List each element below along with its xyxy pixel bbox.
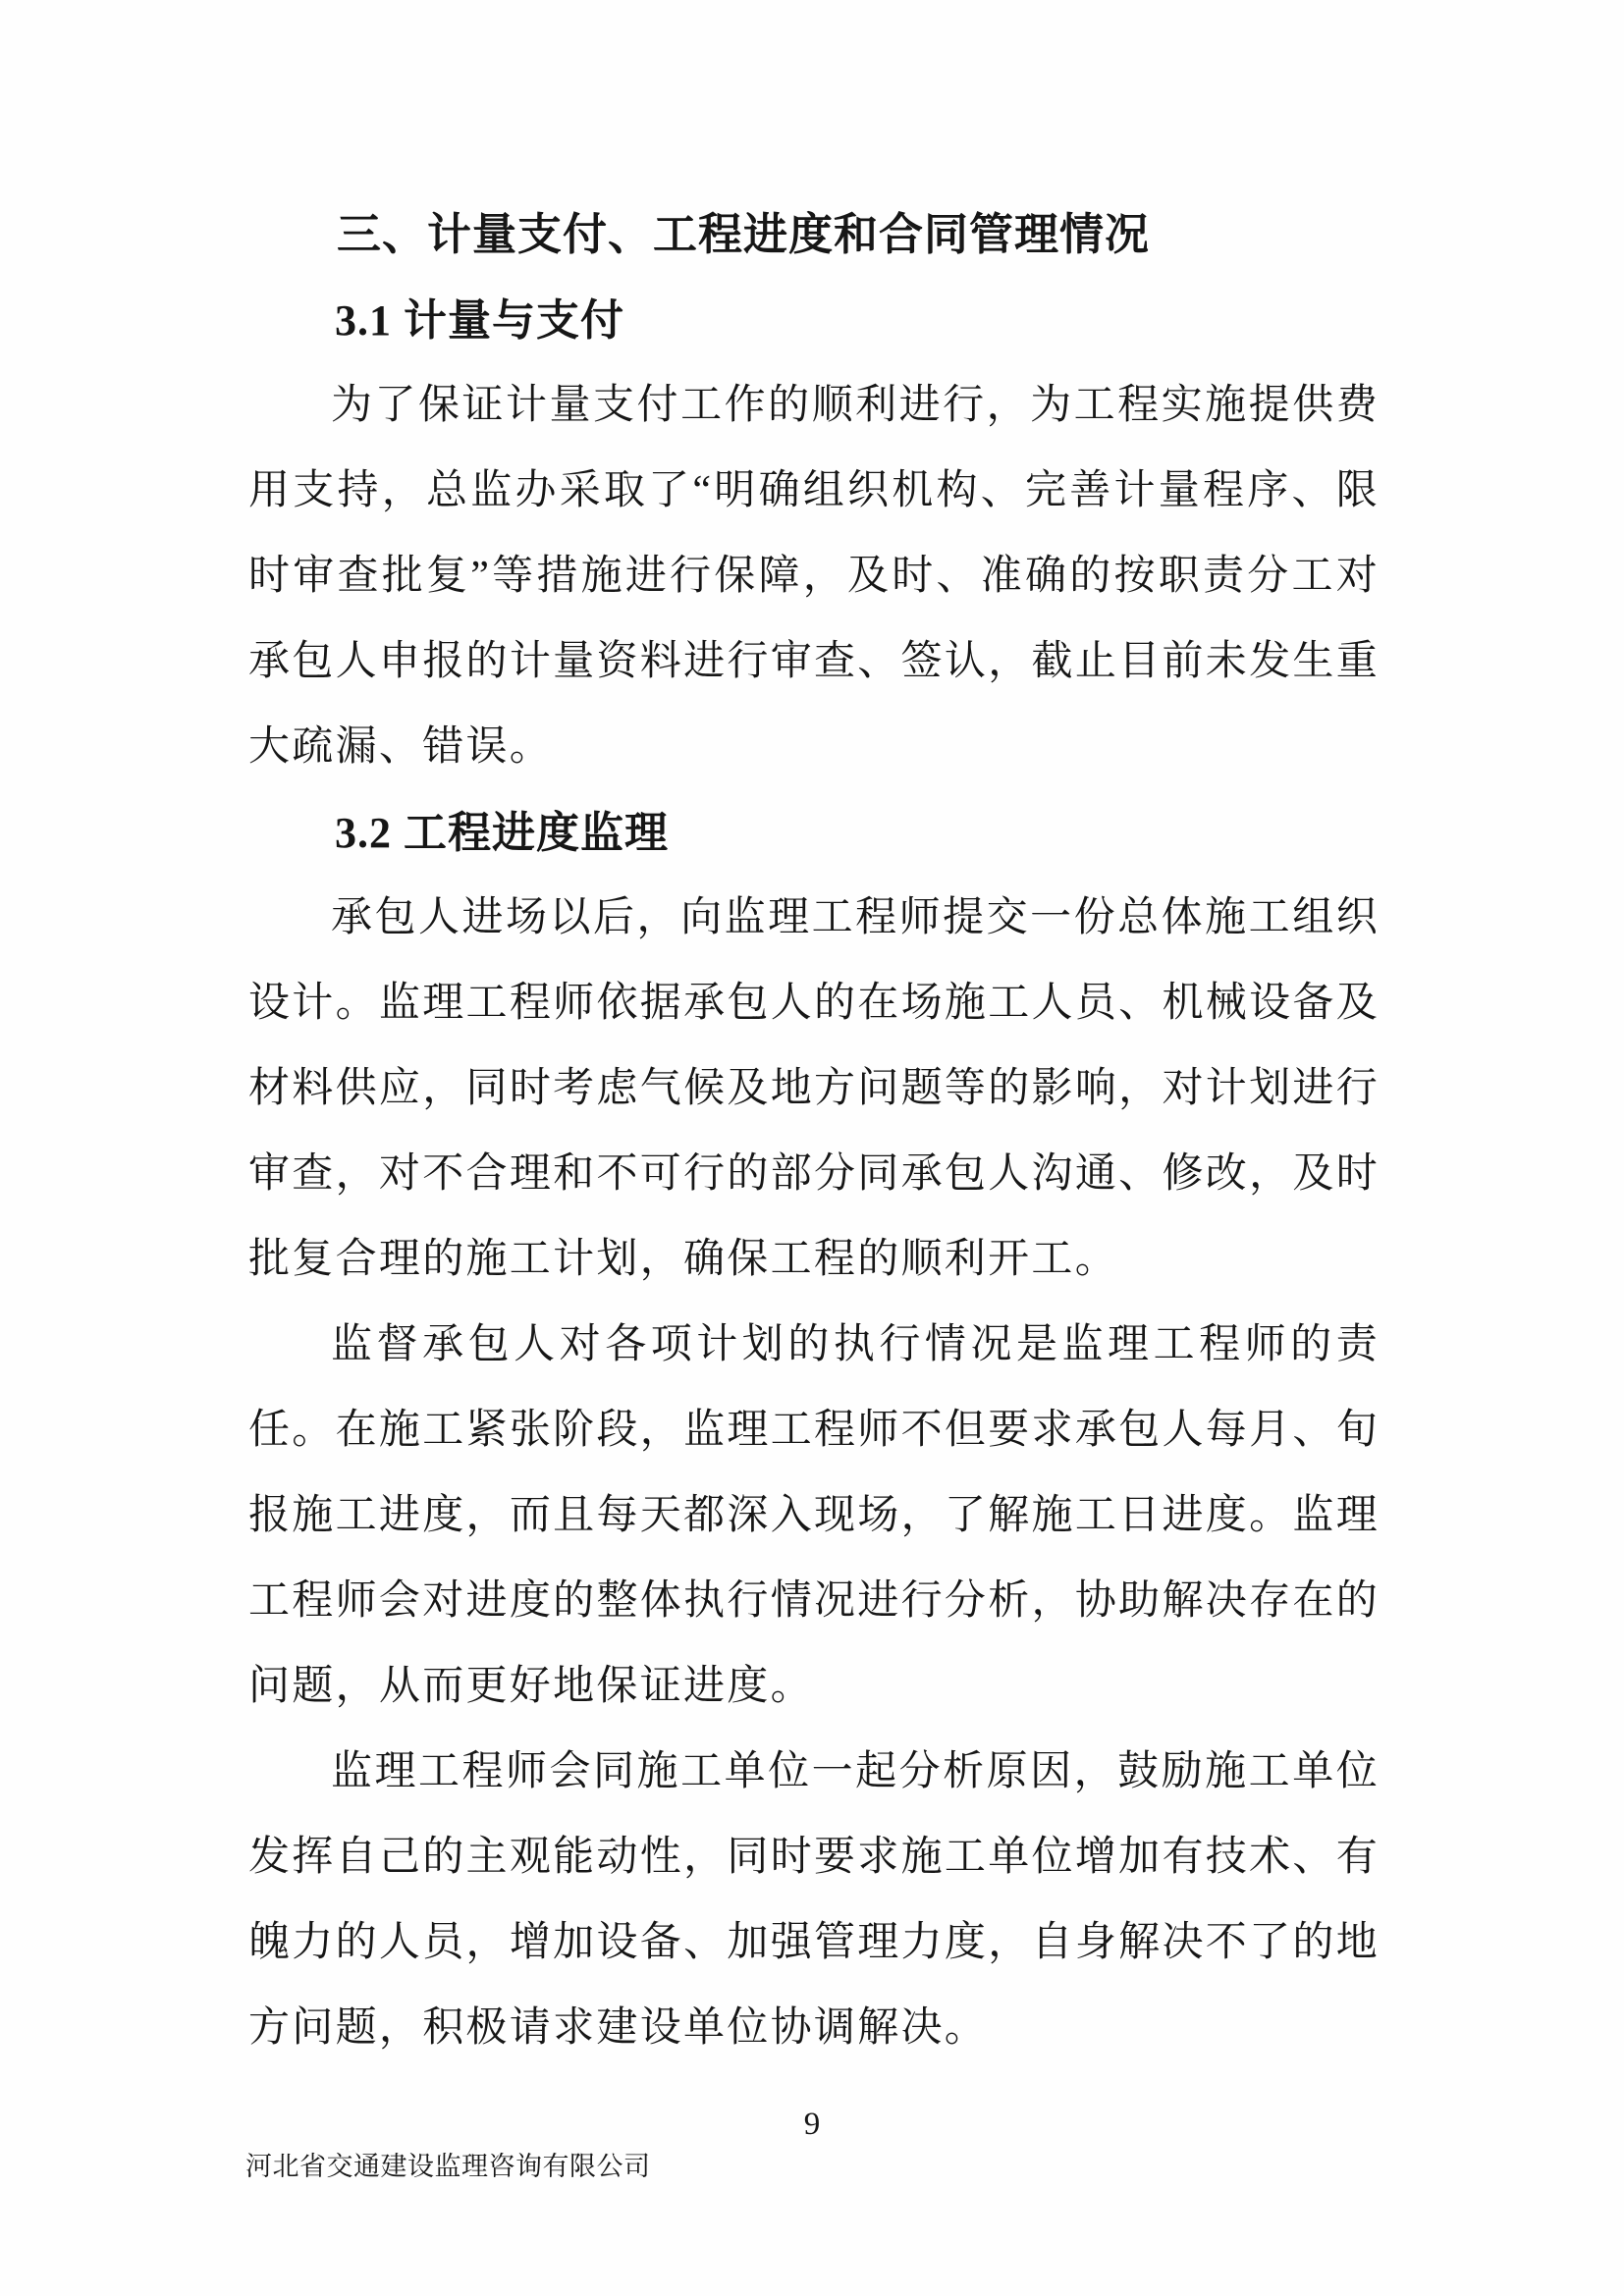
chapter-heading: 三、计量支付、工程进度和合同管理情况 <box>248 192 1380 278</box>
footer-company-name: 河北省交通建设监理咨询有限公司 <box>245 2150 651 2183</box>
section-heading-3-1: 3.1 计量与支付 <box>248 278 1380 363</box>
body-paragraph: 监督承包人对各项计划的执行情况是监理工程师的责任。在施工紧张阶段，监理工程师不但… <box>248 1303 1380 1730</box>
body-paragraph: 承包人进场以后，向监理工程师提交一份总体施工组织设计。监理工程师依据承包人的在场… <box>248 876 1380 1303</box>
page-content: 三、计量支付、工程进度和合同管理情况 3.1 计量与支付 为了保证计量支付工作的… <box>248 192 1380 2071</box>
page-number: 9 <box>0 2105 1624 2144</box>
document-page: 三、计量支付、工程进度和合同管理情况 3.1 计量与支付 为了保证计量支付工作的… <box>0 0 1624 2296</box>
body-paragraph: 监理工程师会同施工单位一起分析原因，鼓励施工单位发挥自己的主观能动性，同时要求施… <box>248 1730 1380 2071</box>
section-heading-3-2: 3.2 工程进度监理 <box>248 790 1380 876</box>
body-paragraph: 为了保证计量支付工作的顺利进行，为工程实施提供费用支持，总监办采取了“明确组织机… <box>248 363 1380 790</box>
